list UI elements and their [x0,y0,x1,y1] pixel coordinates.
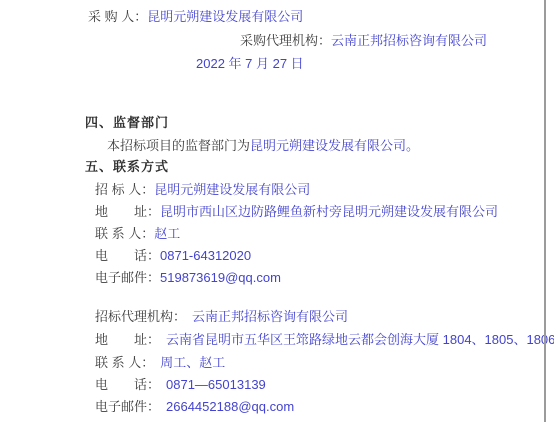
purchaser-value: 昆明元朔建设发展有限公司 [147,9,303,24]
agency-email-label: 电子邮件： [95,399,160,414]
tenderer-address-row: 地 址：昆明市西山区边防路鲤鱼新村旁昆明元朔建设发展有限公司 [95,205,498,219]
tenderer-email-label: 电子邮件： [95,270,160,285]
tenderer-email-row: 电子邮件：519873619@qq.com [95,271,281,285]
agency-phone-value: 0871—65013139 [166,377,266,392]
agency-phone-label: 电 话： [95,377,160,392]
tenderer-phone-label: 电 话： [95,248,160,263]
agency-contact-person-label: 联 系 人： [95,355,154,370]
tenderer-contact-person-label: 联 系 人： [95,226,154,241]
tenderer-contact-person-row: 联 系 人：赵工 [95,227,180,241]
tenderer-address-label: 地 址： [95,204,160,219]
document-page: 采 购 人：昆明元朔建设发展有限公司 采购代理机构：云南正邦招标咨询有限公司 2… [0,0,554,422]
tenderer-name-label: 招 标 人： [95,182,154,197]
section-heading-contact: 五、联系方式 [85,160,169,174]
page-edge-line [544,0,546,422]
agency-signature-value: 云南正邦招标咨询有限公司 [331,33,487,48]
agency-name-value: 云南正邦招标咨询有限公司 [192,309,348,324]
tenderer-phone-row: 电 话：0871-64312020 [95,249,251,263]
agency-address-row: 地 址：云南省昆明市五华区王筇路绿地云都会创海大厦 1804、1805、1806… [95,333,554,347]
supervision-text-prefix: 本招标项目的监督部门为 [107,138,250,153]
agency-signature-line: 采购代理机构：云南正邦招标咨询有限公司 [240,34,487,48]
purchaser-line: 采 购 人：昆明元朔建设发展有限公司 [88,10,303,24]
agency-email-row: 电子邮件：2664452188@qq.com [95,400,294,414]
supervision-text-suffix: 。 [406,138,419,153]
agency-phone-row: 电 话：0871—65013139 [95,378,266,392]
agency-contact-person-value: 周工、赵工 [160,355,225,370]
section-heading-supervision: 四、监督部门 [85,116,169,130]
purchaser-label: 采 购 人： [88,9,147,24]
tenderer-email-value: 519873619@qq.com [160,270,281,285]
document-date: 2022 年 7 月 27 日 [196,57,304,71]
agency-address-label: 地 址： [95,332,160,347]
tenderer-address-value: 昆明市西山区边防路鲤鱼新村旁昆明元朔建设发展有限公司 [160,204,498,219]
tenderer-name-row: 招 标 人：昆明元朔建设发展有限公司 [95,183,310,197]
agency-signature-label: 采购代理机构： [240,33,331,48]
agency-name-row: 招标代理机构：云南正邦招标咨询有限公司 [95,310,348,324]
agency-address-value: 云南省昆明市五华区王筇路绿地云都会创海大厦 1804、1805、1806 号 [166,332,554,347]
tenderer-name-value: 昆明元朔建设发展有限公司 [154,182,310,197]
agency-name-label: 招标代理机构： [95,309,186,324]
tenderer-phone-value: 0871-64312020 [160,248,251,263]
supervision-company: 昆明元朔建设发展有限公司 [250,138,406,153]
tenderer-contact-person-value: 赵工 [154,226,180,241]
supervision-paragraph: 本招标项目的监督部门为昆明元朔建设发展有限公司。 [107,139,419,153]
agency-contact-person-row: 联 系 人：周工、赵工 [95,356,225,370]
agency-email-value: 2664452188@qq.com [166,399,294,414]
